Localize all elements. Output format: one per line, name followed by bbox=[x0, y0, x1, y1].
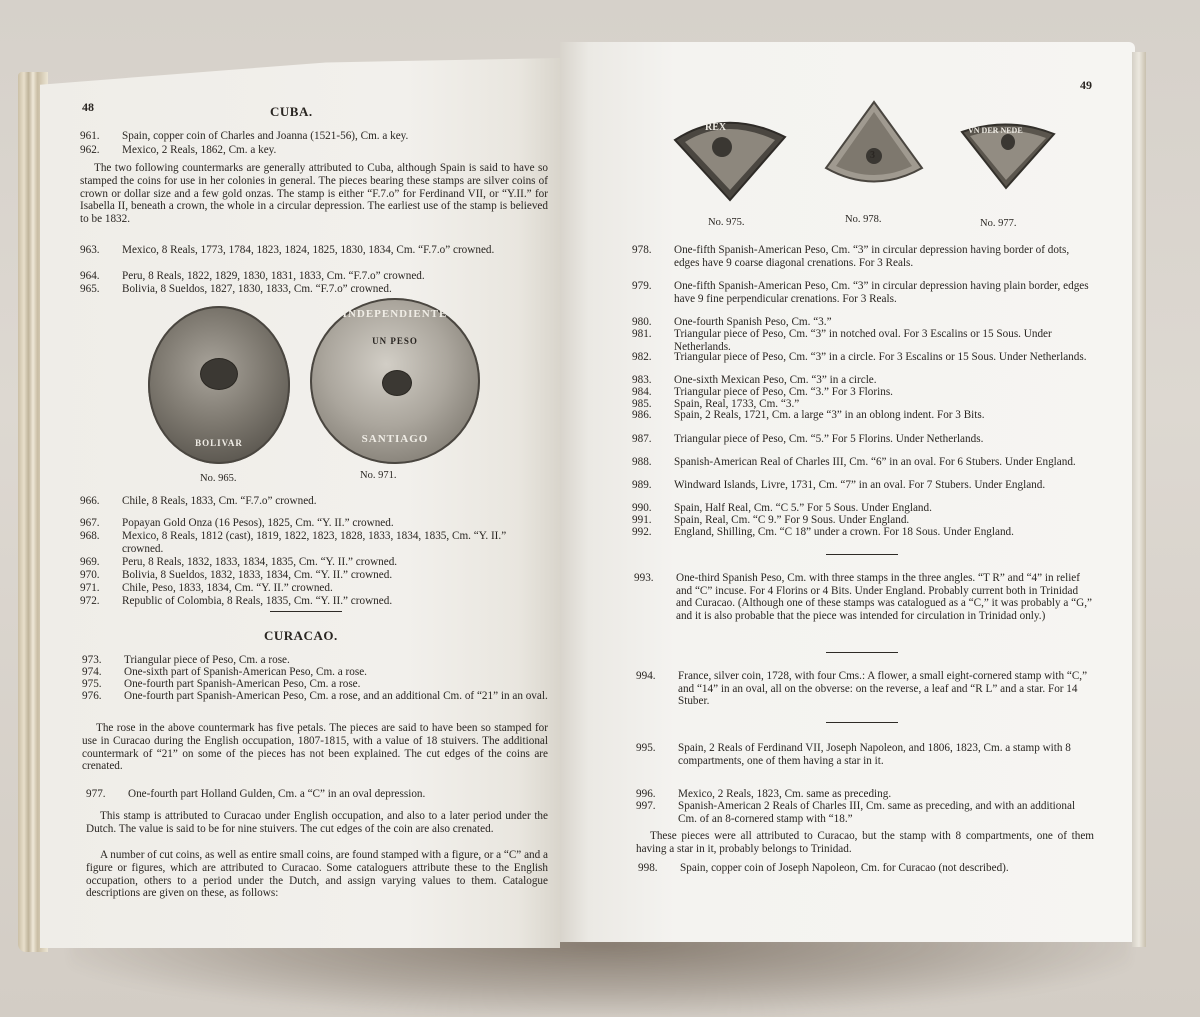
coin-fragment-image-975 bbox=[670, 112, 790, 202]
entry-980: 980. One-fourth Spanish Peso, Cm. “3.” bbox=[632, 316, 1092, 329]
entry-984: 984. Triangular piece of Peso, Cm. “3.” … bbox=[632, 386, 1092, 399]
entry-975: 975. One-fourth part Spanish-American Pe… bbox=[82, 678, 548, 691]
entry-964: 964. Peru, 8 Reals, 1822, 1829, 1830, 18… bbox=[80, 270, 548, 283]
left-page: 48 CUBA. 961. Spain, copper coin of Char… bbox=[40, 58, 560, 948]
entry-967: 967. Popayan Gold Onza (16 Pesos), 1825,… bbox=[80, 517, 548, 530]
entry-998: 998. Spain, copper coin of Joseph Napole… bbox=[638, 862, 1094, 875]
entry-961: 961. Spain, copper coin of Charles and J… bbox=[80, 130, 540, 143]
divider-2 bbox=[826, 652, 898, 653]
caption-975: No. 975. bbox=[708, 217, 744, 228]
entry-996: 996. Mexico, 2 Reals, 1823, Cm. same as … bbox=[636, 788, 1094, 801]
coin-image-965: BOLIVAR bbox=[148, 306, 290, 464]
entry-995: 995. Spain, 2 Reals of Ferdinand VII, Jo… bbox=[636, 742, 1094, 767]
caption-977: No. 977. bbox=[980, 218, 1016, 229]
caption-978: No. 978. bbox=[845, 214, 881, 225]
entry-971: 971. Chile, Peso, 1833, 1834, Cm. “Y. II… bbox=[80, 582, 548, 595]
entry-978: 978. One-fifth Spanish-American Peso, Cm… bbox=[632, 244, 1092, 269]
entry-979: 979. One-fifth Spanish-American Peso, Cm… bbox=[632, 280, 1092, 305]
entry-974: 974. One-sixth part of Spanish-American … bbox=[82, 666, 548, 679]
entry-993: 993. One-third Spanish Peso, Cm. with th… bbox=[634, 572, 1092, 622]
entry-976: 976. One-fourth part Spanish-American Pe… bbox=[82, 690, 548, 703]
attribution-note-paragraph: These pieces were all attributed to Cura… bbox=[636, 830, 1094, 856]
entry-990: 990. Spain, Half Real, Cm. “C 5.” For 5 … bbox=[632, 502, 1092, 515]
entry-977: 977. One-fourth part Holland Gulden, Cm.… bbox=[86, 788, 548, 801]
caption-965: No. 965. bbox=[200, 473, 236, 484]
stamp-attribution-paragraph: This stamp is attributed to Curacao unde… bbox=[86, 810, 548, 836]
page-stack-right-edge bbox=[1132, 52, 1146, 947]
divider-1 bbox=[826, 554, 898, 555]
section-divider bbox=[270, 611, 342, 612]
divider-3 bbox=[826, 722, 898, 723]
page-number-left: 48 bbox=[82, 100, 94, 115]
entry-987: 987. Triangular piece of Peso, Cm. “5.” … bbox=[632, 433, 1092, 446]
entry-989: 989. Windward Islands, Livre, 1731, Cm. … bbox=[632, 479, 1092, 492]
countermark-stamp bbox=[382, 370, 412, 396]
countermark-stamp bbox=[200, 358, 238, 390]
entry-962: 962. Mexico, 2 Reals, 1862, Cm. a key. bbox=[80, 144, 540, 157]
entry-994: 994. France, silver coin, 1728, with fou… bbox=[636, 670, 1092, 708]
entry-963: 963. Mexico, 8 Reals, 1773, 1784, 1823, … bbox=[80, 244, 548, 257]
entry-968: 968. Mexico, 8 Reals, 1812 (cast), 1819,… bbox=[80, 530, 548, 555]
open-book: 48 CUBA. 961. Spain, copper coin of Char… bbox=[0, 0, 1200, 1017]
entry-988: 988. Spanish-American Real of Charles II… bbox=[632, 456, 1092, 469]
entry-997: 997. Spanish-American 2 Reals of Charles… bbox=[636, 800, 1094, 825]
entry-969: 969. Peru, 8 Reals, 1832, 1833, 1834, 18… bbox=[80, 556, 548, 569]
rose-countermark-paragraph: The rose in the above countermark has fi… bbox=[82, 722, 548, 773]
entry-991: 991. Spain, Real, Cm. “C 9.” For 9 Sous.… bbox=[632, 514, 1092, 527]
entry-983: 983. One-sixth Mexican Peso, Cm. “3” in … bbox=[632, 374, 1092, 387]
caption-971: No. 971. bbox=[360, 470, 396, 481]
cuba-intro-paragraph: The two following countermarks are gener… bbox=[80, 162, 548, 226]
entry-986: 986. Spain, 2 Reals, 1721, Cm. a large “… bbox=[632, 409, 1092, 422]
entry-973: 973. Triangular piece of Peso, Cm. a ros… bbox=[82, 654, 548, 667]
coin-image-971: INDEPENDIENTE UN PESO SANTIAGO bbox=[310, 298, 480, 464]
coin-fragment-image-978 bbox=[822, 100, 926, 192]
section-title-curacao: CURACAO. bbox=[264, 628, 338, 644]
entry-970: 970. Bolivia, 8 Sueldos, 1832, 1833, 183… bbox=[80, 569, 548, 582]
entry-966: 966. Chile, 8 Reals, 1833, Cm. “F.7.o” c… bbox=[80, 495, 548, 508]
cut-coins-paragraph: A number of cut coins, as well as entire… bbox=[86, 849, 548, 900]
entry-981: 981. Triangular piece of Peso, Cm. “3” i… bbox=[632, 328, 1092, 353]
entry-965: 965. Bolivia, 8 Sueldos, 1827, 1830, 183… bbox=[80, 283, 548, 296]
page-number-right: 49 bbox=[1080, 78, 1092, 93]
section-title-cuba: CUBA. bbox=[270, 104, 313, 120]
right-page: 49 REX No. 975. 3 No. 978. VN DER NEDE N… bbox=[560, 42, 1135, 942]
entry-992: 992. England, Shilling, Cm. “C 18” under… bbox=[632, 526, 1092, 539]
entry-972: 972. Republic of Colombia, 8 Reals, 1835… bbox=[80, 595, 548, 608]
entry-982: 982. Triangular piece of Peso, Cm. “3” i… bbox=[632, 351, 1092, 364]
